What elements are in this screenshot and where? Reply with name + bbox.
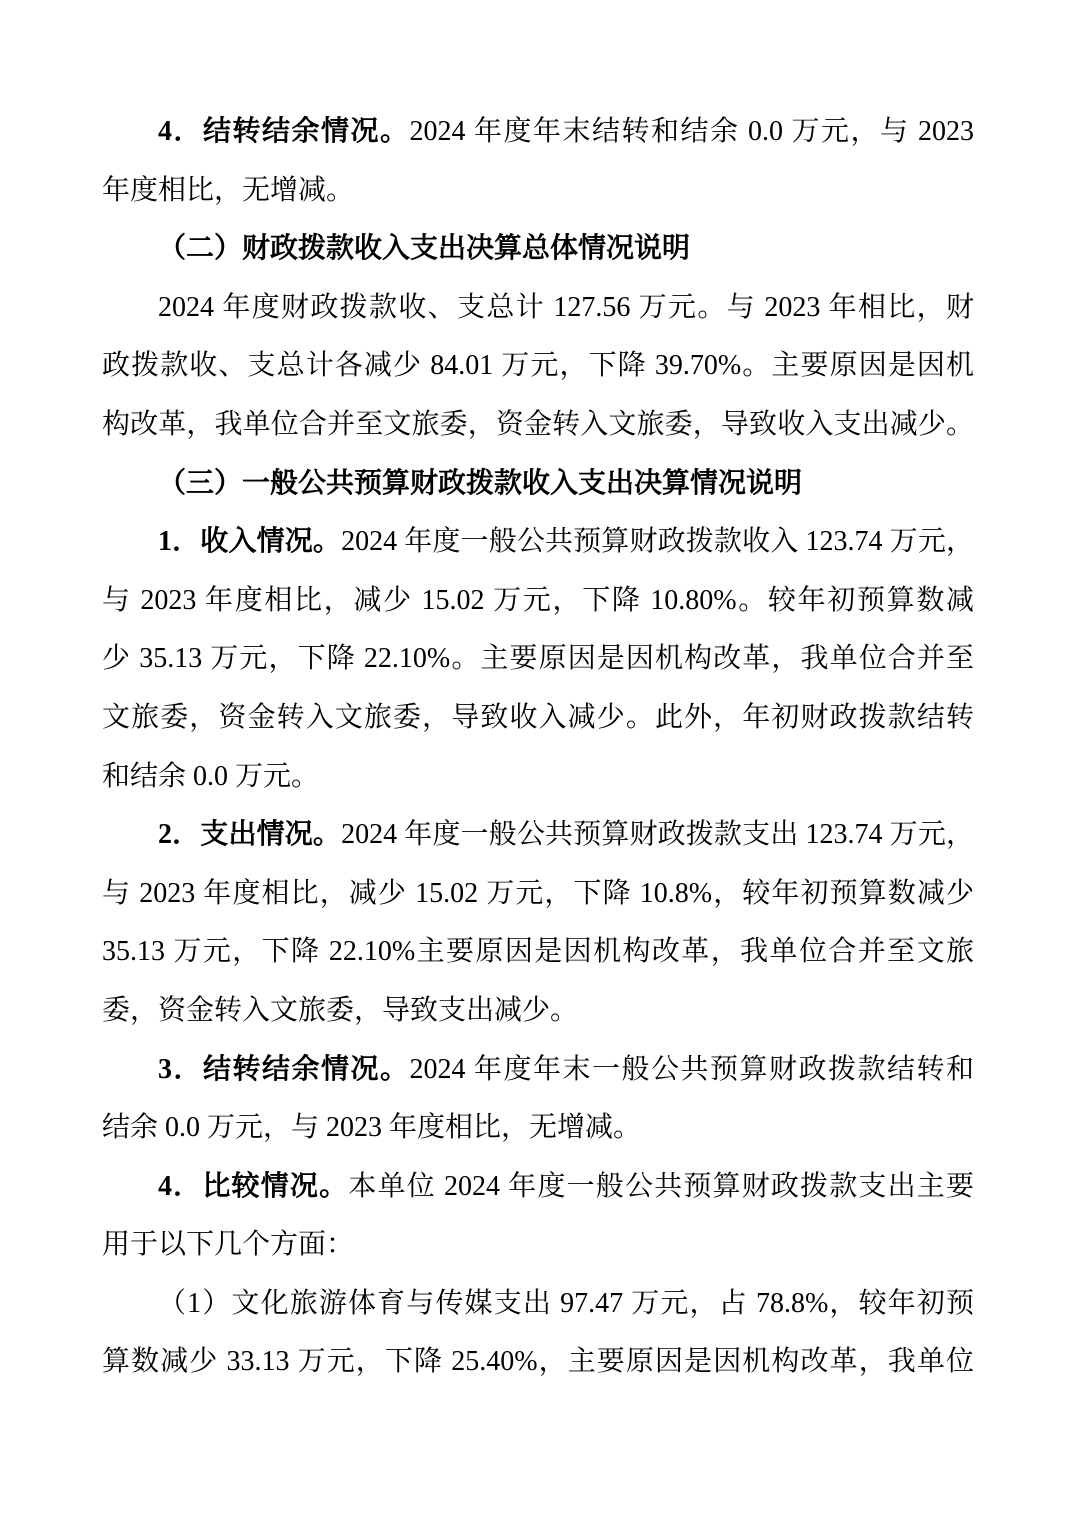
item-label: 2．支出情况。 (158, 819, 341, 850)
text-line: 2024 年度财政拨款收、支总计 127.56 万元。与 2023 年相比，财 (102, 279, 974, 338)
text-segment: 2024 年度财政拨款收、支总计 127.56 万元。与 2023 年相比，财 (158, 292, 974, 323)
text-segment: 政拨款收、支总计各减少 84.01 万元，下降 39.70%。主要原因是因机 (102, 350, 974, 381)
item-label: 4．比较情况。 (158, 1171, 348, 1202)
text-line: 与 2023 年度相比，减少 15.02 万元，下降 10.8%，较年初预算数减… (102, 865, 974, 924)
text-line: 算数减少 33.13 万元，下降 25.40%，主要原因是因机构改革，我单位 (102, 1333, 974, 1392)
text-line: 4．比较情况。本单位 2024 年度一般公共预算财政拨款支出主要 (102, 1158, 974, 1217)
text-segment: 结余 0.0 万元，与 2023 年度相比，无增减。 (102, 1112, 641, 1143)
text-line: （1）文化旅游体育与传媒支出 97.47 万元，占 78.8%，较年初预 (102, 1275, 974, 1334)
section-heading: （三）一般公共预算财政拨款收入支出决算情况说明 (102, 455, 974, 514)
text-segment: 与 2023 年度相比，减少 15.02 万元，下降 10.8%，较年初预算数减… (102, 878, 974, 909)
text-line: 年度相比，无增减。 (102, 162, 974, 221)
item-label: 3．结转结余情况。 (158, 1054, 410, 1085)
text-line: 结余 0.0 万元，与 2023 年度相比，无增减。 (102, 1099, 974, 1158)
item-label: 1．收入情况。 (158, 526, 341, 557)
text-segment: 2024 年度一般公共预算财政拨款收入 123.74 万元， (341, 526, 974, 557)
text-segment: 算数减少 33.13 万元，下降 25.40%，主要原因是因机构改革，我单位 (102, 1346, 974, 1377)
text-line: 3．结转结余情况。2024 年度年末一般公共预算财政拨款结转和 (102, 1041, 974, 1100)
text-line: 35.13 万元，下降 22.10%主要原因是因机构改革，我单位合并至文旅 (102, 923, 974, 982)
text-segment: 少 35.13 万元，下降 22.10%。主要原因是因机构改革，我单位合并至 (102, 643, 974, 674)
text-segment: 35.13 万元，下降 22.10%主要原因是因机构改革，我单位合并至文旅 (102, 936, 974, 967)
text-line: 1．收入情况。2024 年度一般公共预算财政拨款收入 123.74 万元， (102, 513, 974, 572)
heading-text: （二）财政拨款收入支出决算总体情况说明 (158, 233, 690, 264)
text-segment: 文旅委，资金转入文旅委，导致收入减少。此外，年初财政拨款结转 (102, 702, 974, 733)
item-label: 4．结转结余情况。 (158, 116, 410, 147)
text-segment: 和结余 0.0 万元。 (102, 761, 319, 792)
text-line: 和结余 0.0 万元。 (102, 748, 974, 807)
document-page: 4．结转结余情况。2024 年度年末结转和结余 0.0 万元，与 2023 年度… (0, 0, 1074, 1520)
text-line: 4．结转结余情况。2024 年度年末结转和结余 0.0 万元，与 2023 (102, 103, 974, 162)
text-segment: 2024 年度一般公共预算财政拨款支出 123.74 万元， (341, 819, 974, 850)
text-line: 文旅委，资金转入文旅委，导致收入减少。此外，年初财政拨款结转 (102, 689, 974, 748)
text-segment: 年度相比，无增减。 (102, 175, 354, 206)
text-segment: 用于以下几个方面： (102, 1229, 354, 1260)
heading-text: （三）一般公共预算财政拨款收入支出决算情况说明 (158, 468, 802, 499)
section-heading: （二）财政拨款收入支出决算总体情况说明 (102, 220, 974, 279)
text-line: 2．支出情况。2024 年度一般公共预算财政拨款支出 123.74 万元， (102, 806, 974, 865)
text-segment: 2024 年度年末一般公共预算财政拨款结转和 (410, 1054, 974, 1085)
text-segment: 委，资金转入文旅委，导致支出减少。 (102, 995, 578, 1026)
text-line: 政拨款收、支总计各减少 84.01 万元，下降 39.70%。主要原因是因机 (102, 337, 974, 396)
text-line: 少 35.13 万元，下降 22.10%。主要原因是因机构改革，我单位合并至 (102, 630, 974, 689)
text-segment: 本单位 2024 年度一般公共预算财政拨款支出主要 (348, 1171, 974, 1202)
text-line: 用于以下几个方面： (102, 1216, 974, 1275)
document-body: 4．结转结余情况。2024 年度年末结转和结余 0.0 万元，与 2023 年度… (102, 103, 974, 1392)
text-segment: 与 2023 年度相比，减少 15.02 万元，下降 10.80%。较年初预算数… (102, 585, 974, 616)
text-line: 构改革，我单位合并至文旅委，资金转入文旅委，导致收入支出减少。 (102, 396, 974, 455)
text-line: 与 2023 年度相比，减少 15.02 万元，下降 10.80%。较年初预算数… (102, 572, 974, 631)
text-segment: 构改革，我单位合并至文旅委，资金转入文旅委，导致收入支出减少。 (102, 409, 974, 440)
text-segment: （1）文化旅游体育与传媒支出 97.47 万元，占 78.8%，较年初预 (158, 1288, 974, 1319)
text-line: 委，资金转入文旅委，导致支出减少。 (102, 982, 974, 1041)
text-segment: 2024 年度年末结转和结余 0.0 万元，与 2023 (410, 116, 974, 147)
